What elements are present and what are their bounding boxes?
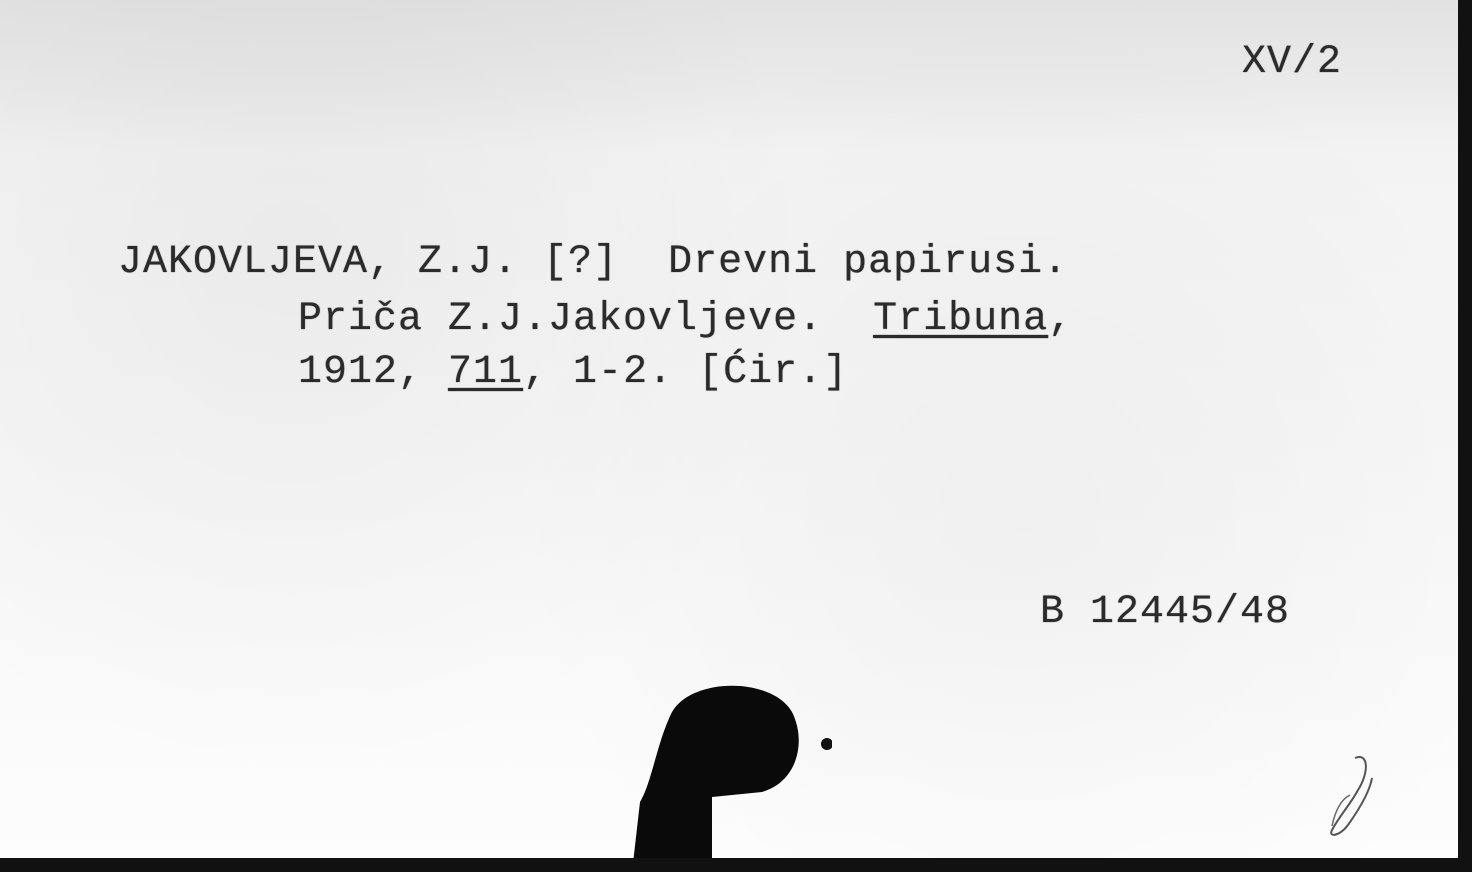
- scan-border-right: [1458, 0, 1472, 872]
- handwritten-mark: [1310, 750, 1390, 840]
- author: JAKOVLJEVA, Z.J. [?]: [118, 240, 618, 285]
- description: Priča Z.J.Jakovljeve.: [298, 297, 823, 342]
- year: 1912,: [298, 350, 448, 395]
- catalog-card: XV/2 JAKOVLJEVA, Z.J. [?] Drevni papirus…: [0, 0, 1458, 858]
- entry-line-1: JAKOVLJEVA, Z.J. [?] Drevni papirusi.: [118, 240, 1068, 285]
- punch-hole-shadow: [632, 682, 832, 858]
- accession-number: B 12445/48: [1040, 590, 1290, 635]
- scan-border-bottom: [0, 858, 1472, 872]
- pages-script: , 1-2. [Ćir.]: [523, 350, 848, 395]
- issue-number: 711: [448, 350, 523, 395]
- shelf-mark: XV/2: [1242, 40, 1342, 85]
- comma: ,: [1048, 297, 1073, 342]
- entry-line-3: 1912, 711, 1-2. [Ćir.]: [298, 350, 848, 395]
- title: Drevni papirusi.: [668, 240, 1068, 285]
- journal-title: Tribuna: [873, 297, 1048, 342]
- entry-line-2: Priča Z.J.Jakovljeve. Tribuna,: [298, 297, 1073, 342]
